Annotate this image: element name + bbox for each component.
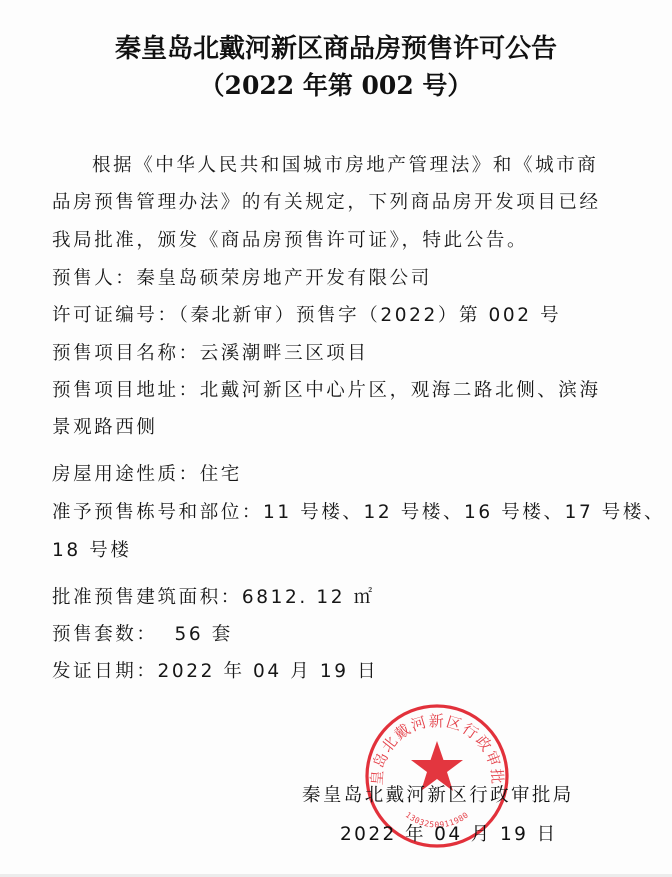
- field-label: 房屋用途性质：: [52, 464, 200, 485]
- intro-line-1: 根据《中华人民共和国城市房地产管理法》和《城市商: [92, 151, 598, 177]
- field-value: 2022 年 04 月 19 日: [158, 661, 379, 682]
- field-value: 住宅: [200, 464, 242, 485]
- document-title: 秦皇岛北戴河新区商品房预售许可公告: [0, 28, 672, 65]
- field-permit-number: 许可证编号：（秦北新审）预售字（2022）第 002 号: [52, 301, 561, 327]
- field-value: （秦北新审）预售字（2022）第 002 号: [179, 305, 562, 326]
- field-value: 云溪潮畔三区项目: [200, 343, 369, 364]
- field-label: 准予预售栋号和部位：: [52, 502, 263, 523]
- field-label: 预售项目地址：: [52, 380, 200, 401]
- field-project-address-cont: 景观路西侧: [52, 413, 158, 439]
- field-area: 批准预售建筑面积：6812. 12 ㎡: [52, 583, 375, 609]
- field-value: 56 套: [158, 624, 233, 645]
- intro-line-2: 品房预售管理办法》的有关规定，下列商品房开发项目已经: [52, 188, 601, 214]
- intro-line-3: 我局批准，颁发《商品房预售许可证》，特此公告。: [52, 226, 528, 252]
- field-value: 6812. 12 ㎡: [242, 587, 375, 608]
- field-value: 北戴河新区中心片区，观海二路北侧、滨海: [200, 380, 601, 401]
- field-label: 预售套数：: [52, 624, 158, 645]
- field-project-address: 预售项目地址：北戴河新区中心片区，观海二路北侧、滨海: [52, 376, 601, 402]
- field-value: 11 号楼、12 号楼、16 号楼、17 号楼、: [263, 502, 665, 523]
- document-page: 秦皇岛北戴河新区商品房预售许可公告 （2022 年第 002 号） 根据《中华人…: [0, 0, 672, 877]
- field-issue-date: 发证日期：2022 年 04 月 19 日: [52, 657, 378, 683]
- field-label: 许可证编号：: [52, 305, 179, 326]
- field-usage: 房屋用途性质：住宅: [52, 460, 242, 486]
- field-label: 预售项目名称：: [52, 343, 200, 364]
- field-label: 发证日期：: [52, 661, 158, 682]
- field-seller: 预售人：秦皇岛硕荣房地产开发有限公司: [52, 264, 432, 290]
- field-units: 预售套数： 56 套: [52, 620, 233, 646]
- document-number: （2022 年第 002 号）: [0, 66, 672, 102]
- field-buildings: 准予预售栋号和部位：11 号楼、12 号楼、16 号楼、17 号楼、: [52, 498, 665, 524]
- field-value: 秦皇岛硕荣房地产开发有限公司: [136, 268, 431, 289]
- issuer-signature: 秦皇岛北戴河新区行政审批局: [302, 781, 574, 807]
- field-label: 预售人：: [52, 268, 136, 289]
- signature-date: 2022 年 04 月 19 日: [340, 820, 557, 846]
- field-buildings-cont: 18 号楼: [52, 536, 131, 562]
- field-project-name: 预售项目名称：云溪潮畔三区项目: [52, 339, 369, 365]
- field-label: 批准预售建筑面积：: [52, 587, 242, 608]
